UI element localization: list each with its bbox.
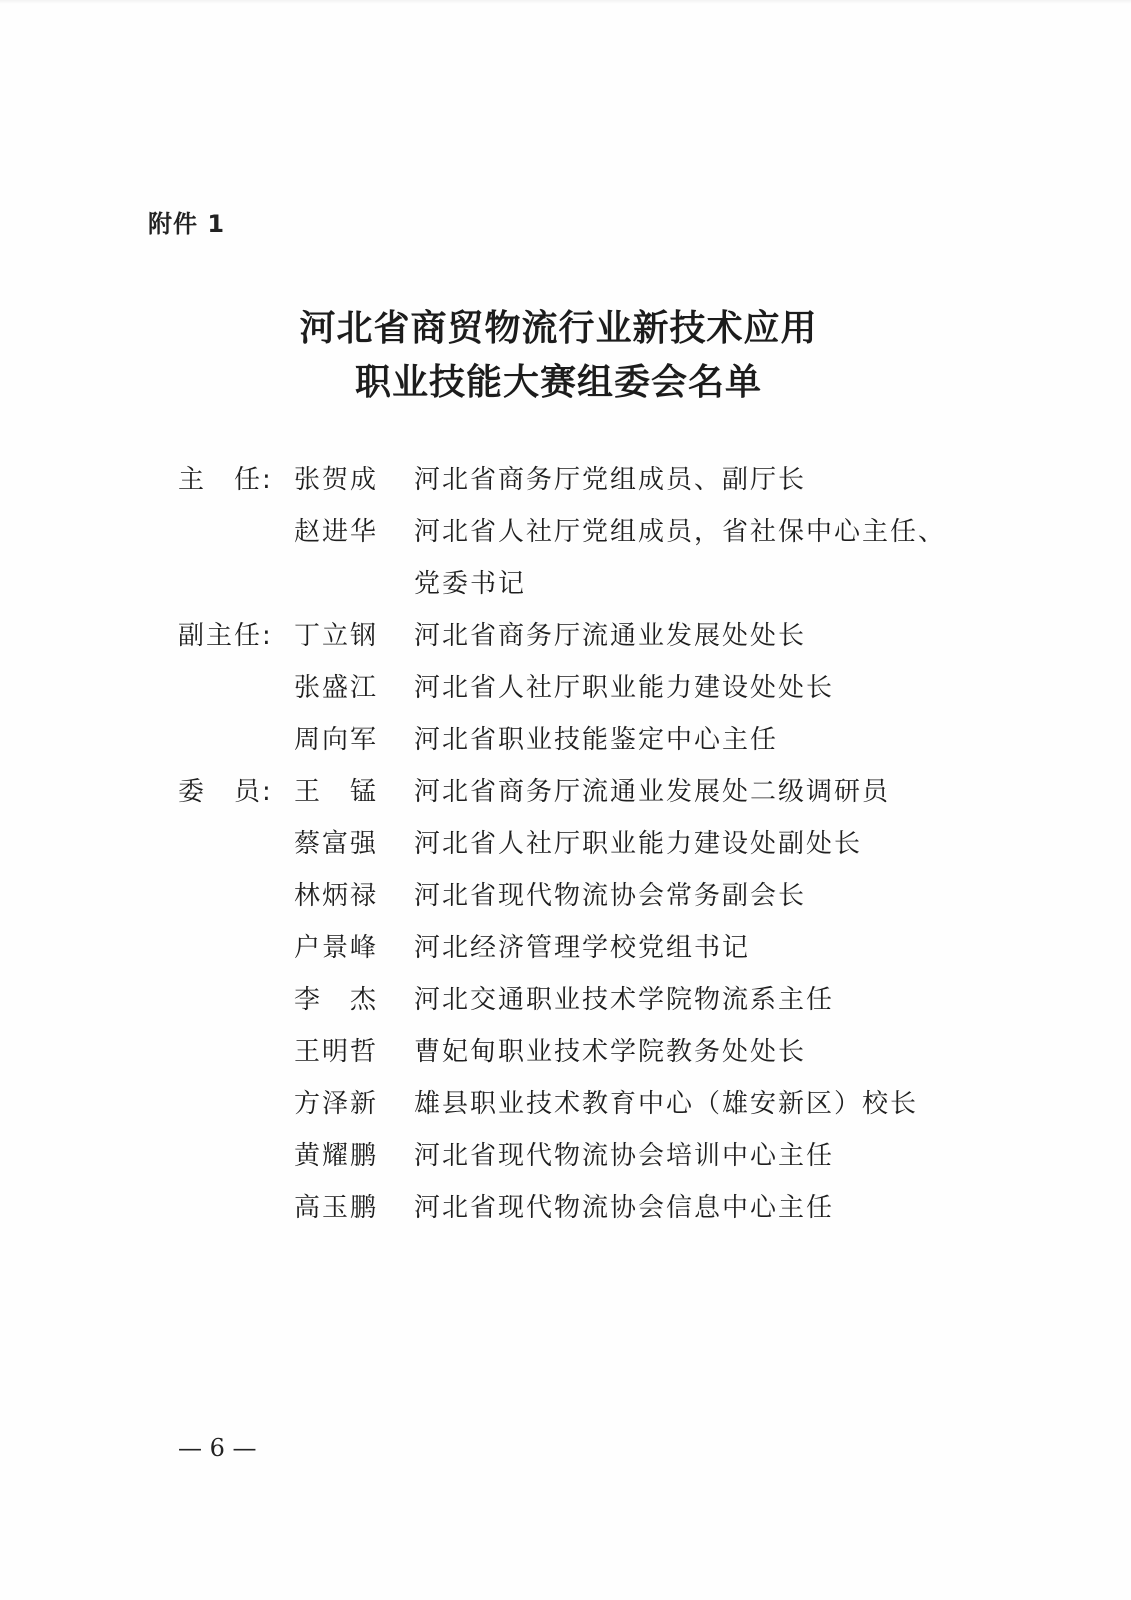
member-name: 赵进华	[294, 510, 390, 554]
roster-row: 林炳禄 河北省现代物流协会常务副会长	[178, 874, 998, 926]
roster-row: 主 任: 张贺成 河北省商务厅党组成员、副厅长	[178, 458, 998, 510]
roster-row: 李 杰 河北交通职业技术学院物流系主任	[178, 978, 998, 1030]
roster-row: 副主任: 丁立钢 河北省商务厅流通业发展处处长	[178, 614, 998, 666]
document-title-line-2: 职业技能大赛组委会名单	[0, 354, 1124, 405]
role-label: 副主任:	[178, 614, 288, 658]
roster-row: 委 员: 王 锰 河北省商务厅流通业发展处二级调研员	[178, 770, 998, 822]
member-position: 河北省人社厅职业能力建设处副处长	[414, 822, 862, 866]
member-name: 张贺成	[294, 458, 390, 502]
member-position: 河北省现代物流协会常务副会长	[414, 874, 806, 918]
member-name: 丁立钢	[294, 614, 390, 658]
member-position: 曹妃甸职业技术学院教务处处长	[414, 1030, 806, 1074]
roster-row: 王明哲 曹妃甸职业技术学院教务处处长	[178, 1030, 998, 1082]
roster-row: 方泽新 雄县职业技术教育中心（雄安新区）校长	[178, 1082, 998, 1134]
member-position: 河北省商务厅流通业发展处二级调研员	[414, 770, 890, 814]
role-label: 委 员:	[178, 770, 288, 814]
roster-row: 蔡富强 河北省人社厅职业能力建设处副处长	[178, 822, 998, 874]
member-position: 雄县职业技术教育中心（雄安新区）校长	[414, 1082, 918, 1126]
member-name: 张盛江	[294, 666, 390, 710]
member-position: 河北省职业技能鉴定中心主任	[414, 718, 778, 762]
member-name: 户景峰	[294, 926, 390, 970]
scan-edge	[0, 0, 1131, 4]
member-position: 河北省商务厅党组成员、副厅长	[414, 458, 806, 502]
member-position: 河北省现代物流协会信息中心主任	[414, 1186, 834, 1230]
member-position: 河北省现代物流协会培训中心主任	[414, 1134, 834, 1178]
member-position: 河北交通职业技术学院物流系主任	[414, 978, 834, 1022]
role-label: 主 任:	[178, 458, 288, 502]
document-title-line-1: 河北省商贸物流行业新技术应用	[0, 300, 1124, 351]
member-position: 河北省人社厅职业能力建设处处长	[414, 666, 834, 710]
roster-row: 高玉鹏 河北省现代物流协会信息中心主任	[178, 1186, 998, 1238]
roster-row: 赵进华 河北省人社厅党组成员，省社保中心主任、	[178, 510, 998, 562]
member-name: 周向军	[294, 718, 390, 762]
member-name: 王 锰	[294, 770, 390, 814]
member-name: 王明哲	[294, 1030, 390, 1074]
member-position-continued: 党委书记	[414, 562, 526, 606]
roster-row: 户景峰 河北经济管理学校党组书记	[178, 926, 998, 978]
document-page: 附件 1 河北省商贸物流行业新技术应用 职业技能大赛组委会名单 主 任: 张贺成…	[0, 0, 1131, 1600]
page-number: — 6 —	[178, 1434, 257, 1462]
member-position: 河北省商务厅流通业发展处处长	[414, 614, 806, 658]
member-name: 高玉鹏	[294, 1186, 390, 1230]
member-position: 河北经济管理学校党组书记	[414, 926, 750, 970]
attachment-label: 附件 1	[148, 204, 225, 239]
roster-row: 周向军 河北省职业技能鉴定中心主任	[178, 718, 998, 770]
member-name: 林炳禄	[294, 874, 390, 918]
roster-row: 党委书记	[178, 562, 998, 614]
member-name: 李 杰	[294, 978, 390, 1022]
committee-roster: 主 任: 张贺成 河北省商务厅党组成员、副厅长 赵进华 河北省人社厅党组成员，省…	[178, 458, 998, 1238]
member-name: 蔡富强	[294, 822, 390, 866]
member-name: 黄耀鹏	[294, 1134, 390, 1178]
roster-row: 黄耀鹏 河北省现代物流协会培训中心主任	[178, 1134, 998, 1186]
member-position: 河北省人社厅党组成员，省社保中心主任、	[414, 510, 946, 554]
roster-row: 张盛江 河北省人社厅职业能力建设处处长	[178, 666, 998, 718]
member-name: 方泽新	[294, 1082, 390, 1126]
